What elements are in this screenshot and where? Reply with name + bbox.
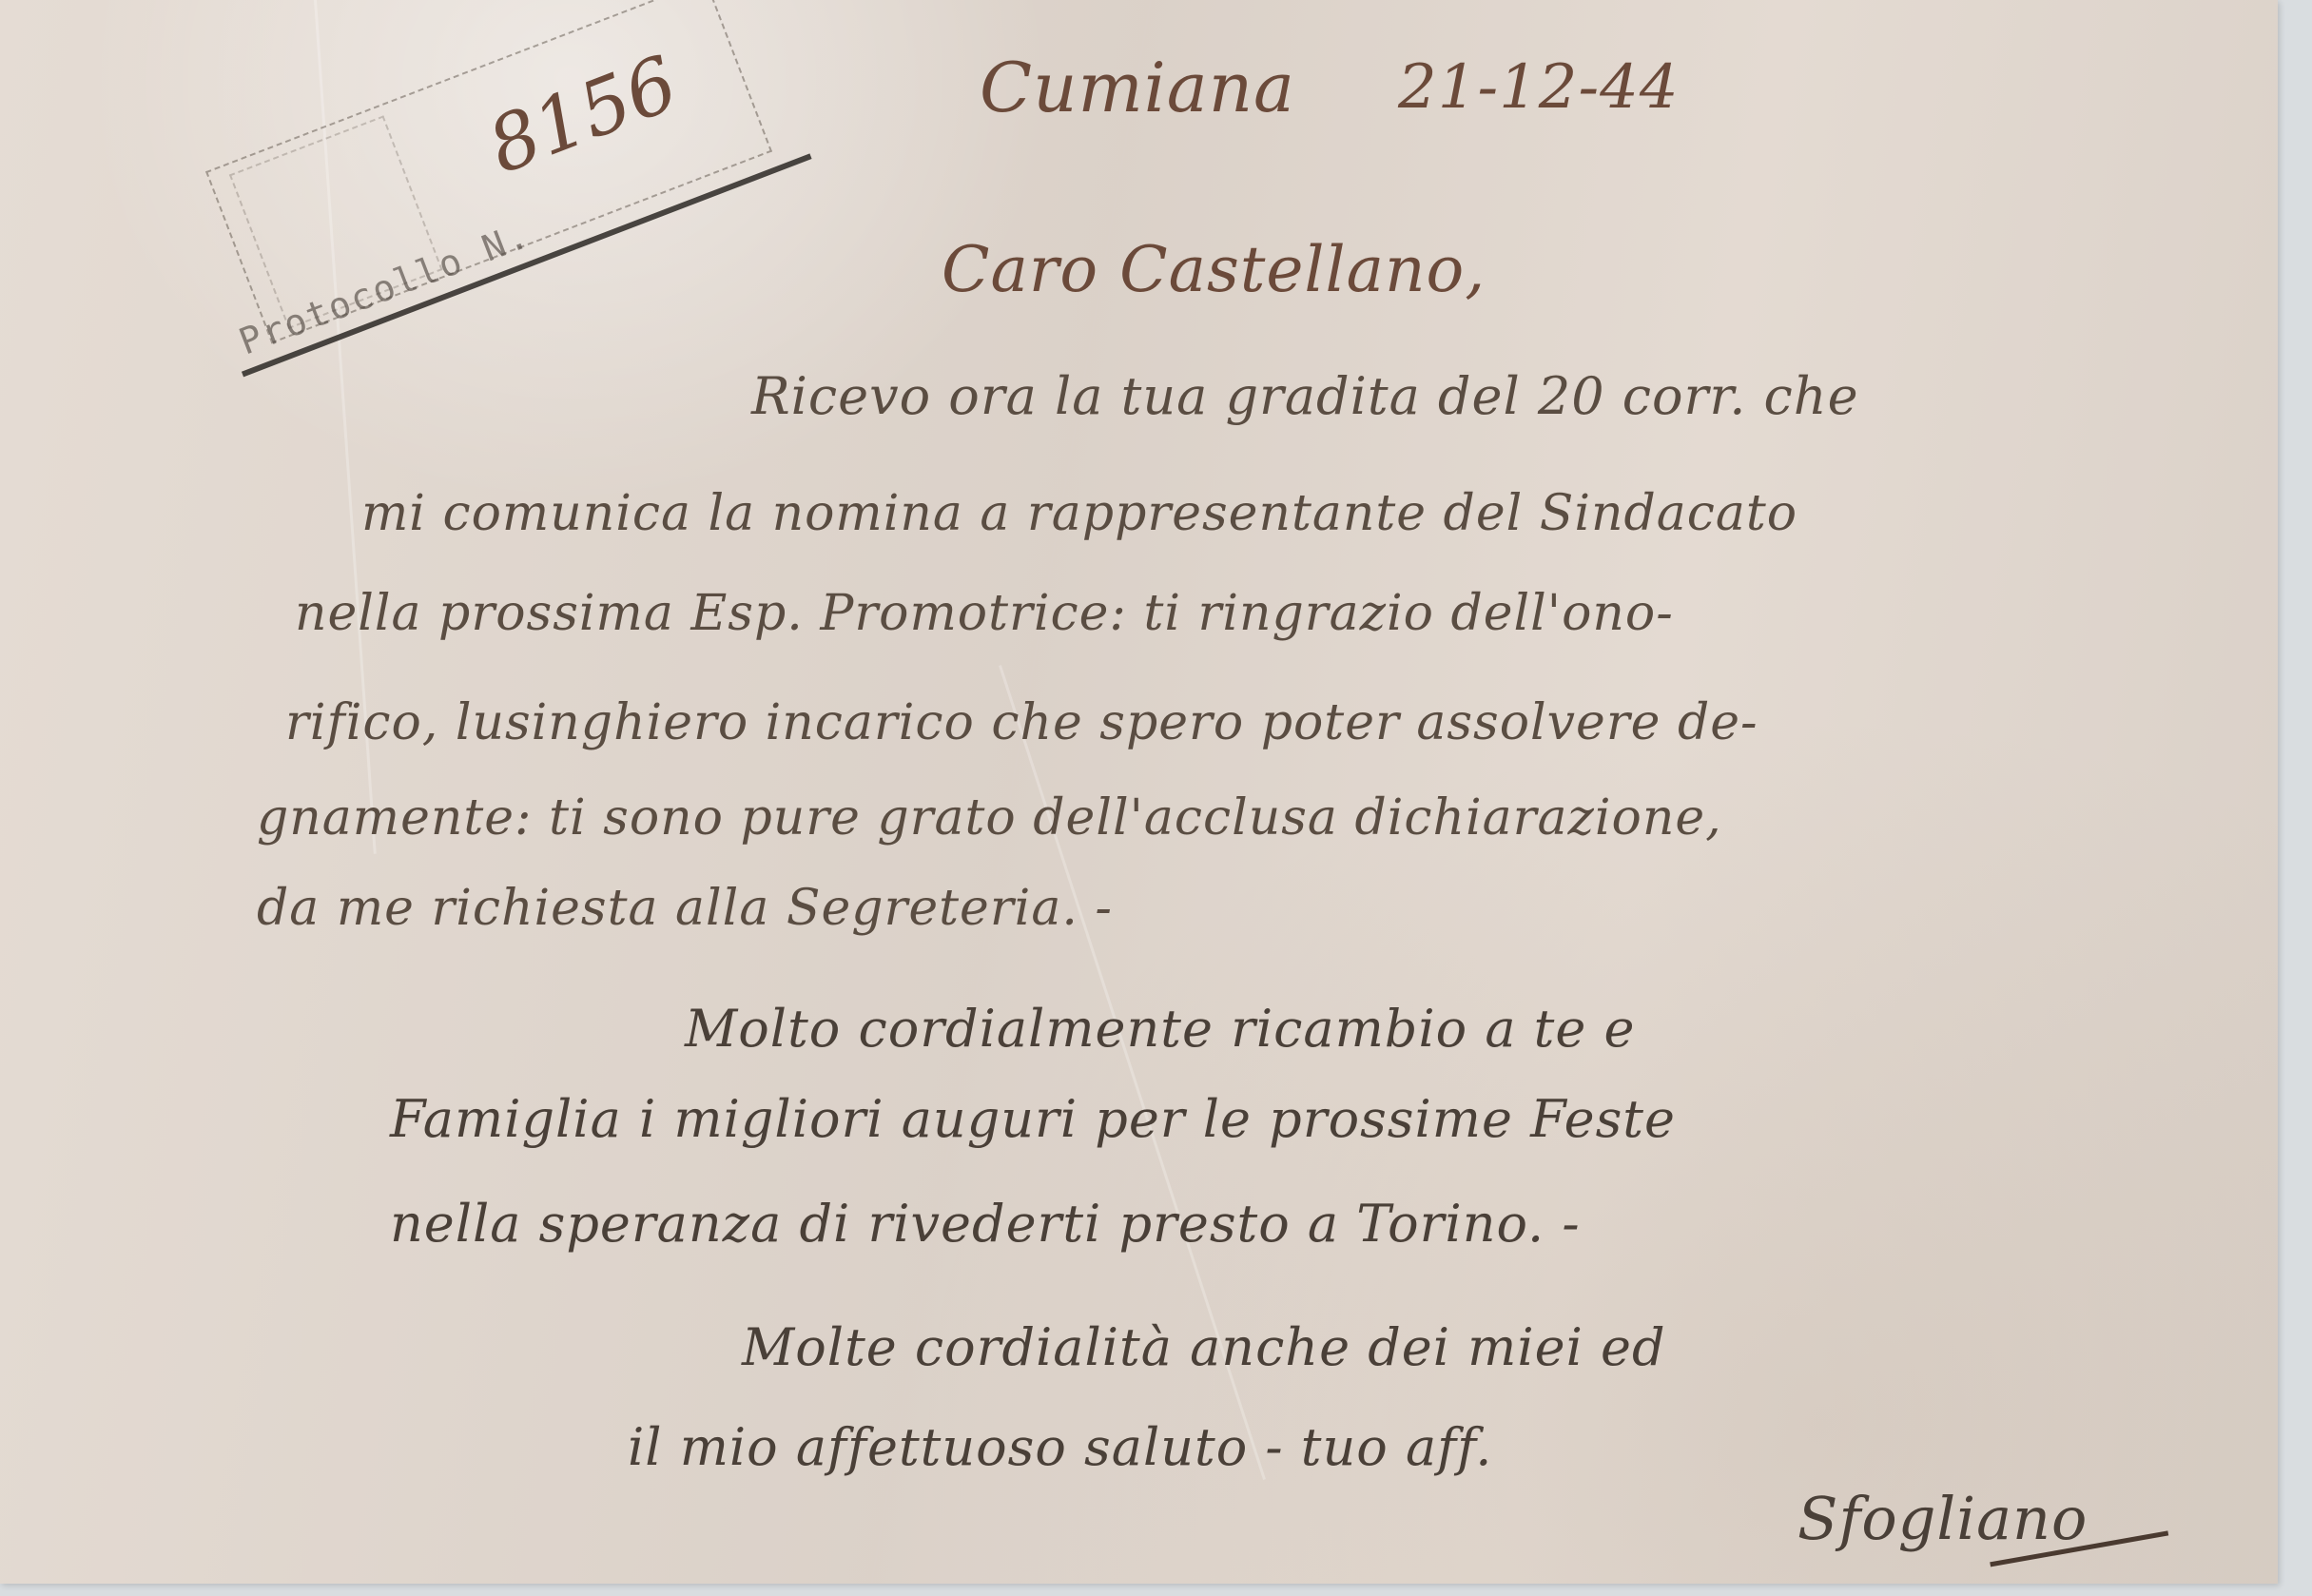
letter-paper: Protocollo N. 8156 Cumiana 21-12-44 Caro… xyxy=(0,0,2278,1584)
body-line-5: gnamente: ti sono pure grato dell'acclus… xyxy=(257,789,1722,847)
stamp-frame xyxy=(205,0,772,343)
letter-place: Cumiana xyxy=(980,48,1295,127)
body-line-11: il mio affettuoso saluto - tuo aff. xyxy=(628,1417,1492,1477)
body-line-3: nella prossima Esp. Promotrice: ti ringr… xyxy=(295,585,1674,642)
body-line-1: Ricevo ora la tua gradita del 20 corr. c… xyxy=(751,366,1859,426)
salutation: Caro Castellano, xyxy=(942,233,1486,306)
body-line-7: Molto cordialmente ricambio a te e xyxy=(685,999,1635,1059)
body-line-4: rifico, lusinghiero incarico che spero p… xyxy=(285,694,1758,751)
body-line-10: Molte cordialità anche dei miei ed xyxy=(742,1317,1666,1377)
body-line-6: da me richiesta alla Segreteria. - xyxy=(257,880,1113,937)
protocol-stamp: Protocollo N. 8156 xyxy=(143,0,782,345)
body-line-9: nella speranza di rivederti presto a Tor… xyxy=(390,1194,1581,1254)
body-line-8: Famiglia i migliori auguri per le prossi… xyxy=(390,1089,1676,1149)
body-line-2: mi comunica la nomina a rappresentante d… xyxy=(361,485,1797,542)
letter-date: 21-12-44 xyxy=(1398,52,1680,123)
